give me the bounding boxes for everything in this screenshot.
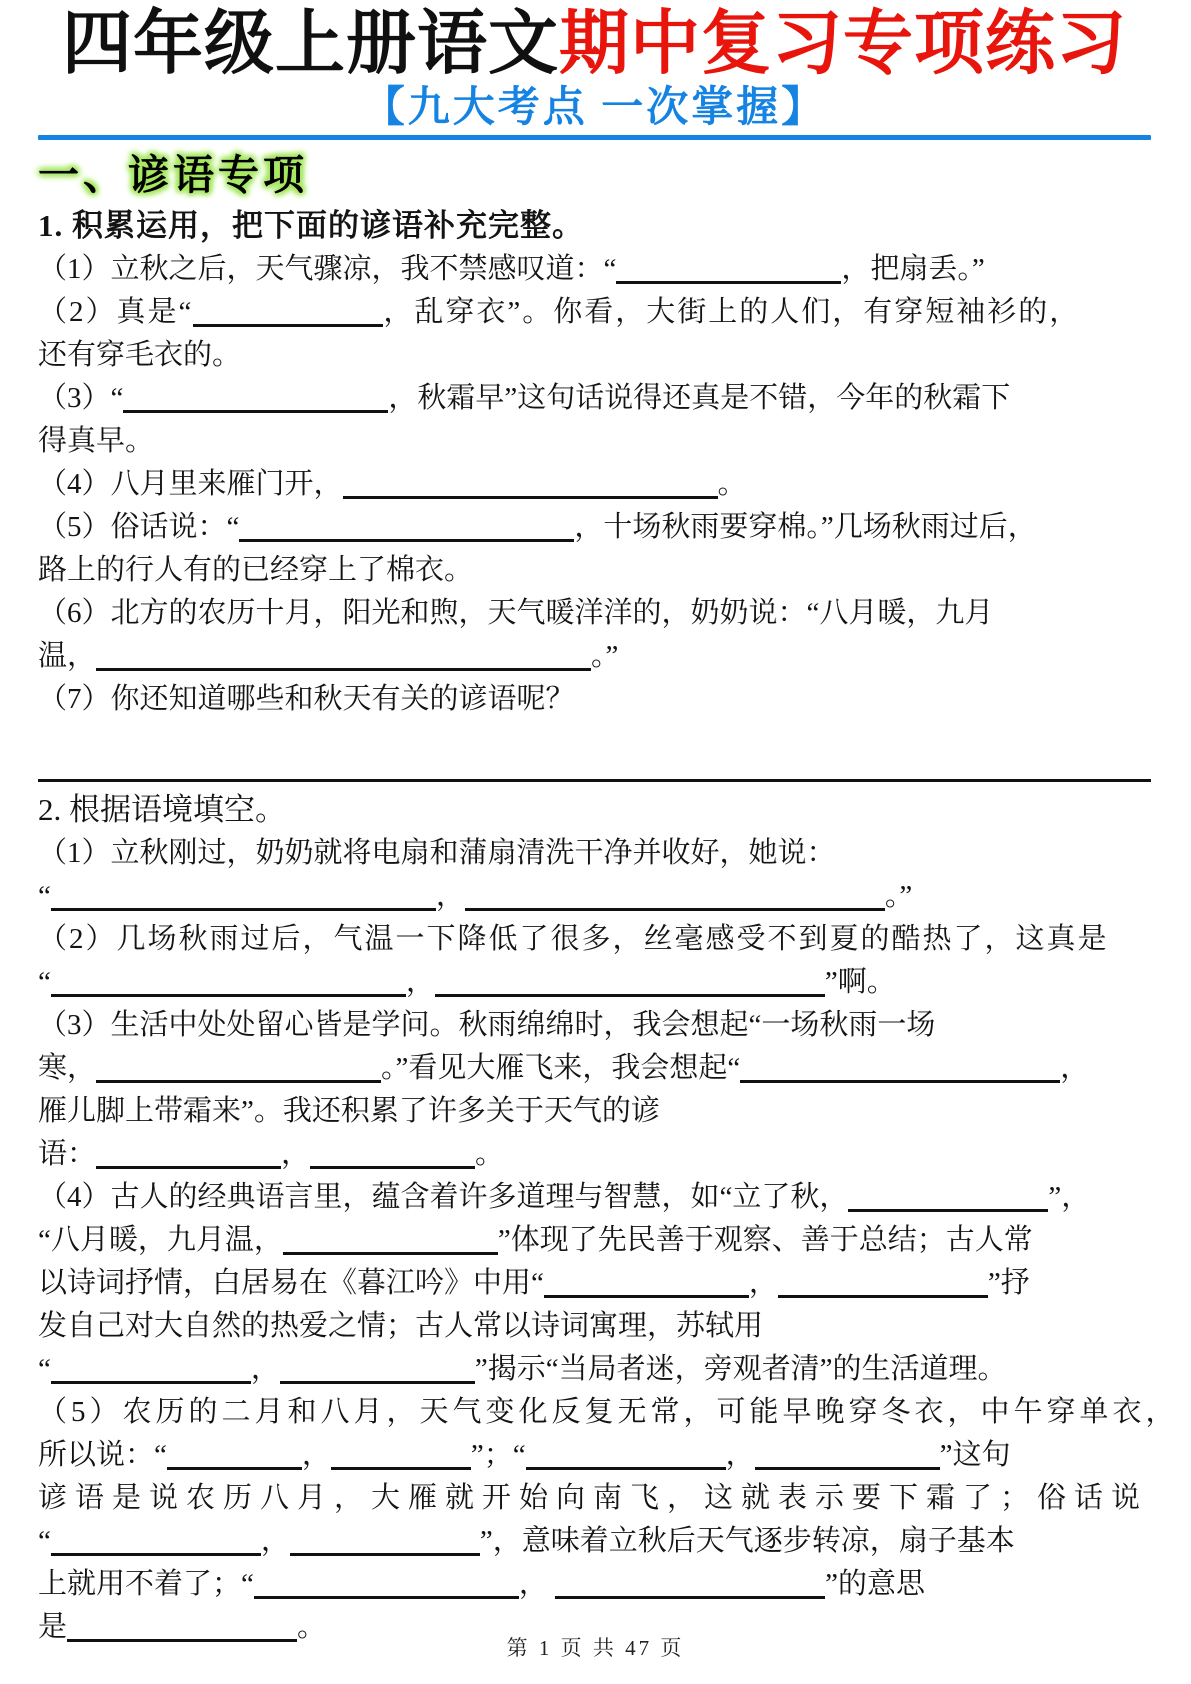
text-segment: 路上的行人有的已经穿上了棉衣。	[38, 554, 473, 586]
worksheet-page: 四年级上册语文期中复习专项练习 【九大考点 一次掌握】 一、谚语专项 1. 积累…	[0, 0, 1191, 1684]
text-segment: 。	[718, 468, 747, 500]
text-segment: （6）北方的农历十月，阳光和煦，天气暖洋洋的，奶奶说：“八月暖，九月	[38, 597, 993, 629]
exercise-line: （7）你还知道哪些和秋天有关的谚语呢？	[38, 678, 1151, 721]
text-segment: ，把扇丢。”	[841, 253, 984, 285]
fill-in-blank	[193, 294, 383, 327]
exercise-line: （2）几场秋雨过后，气温一下降低了很多，丝毫感受不到夏的酷热了，这真是	[38, 918, 1151, 961]
text-segment: （2）几场秋雨过后，气温一下降低了很多，丝毫感受不到夏的酷热了，这真是	[38, 923, 1109, 955]
fill-in-blank	[280, 1351, 475, 1384]
exercise-line: 温，。”	[38, 635, 1151, 678]
text-segment: “八月暖，九月温，	[38, 1224, 283, 1256]
text-segment: “	[38, 1525, 51, 1557]
text-segment: ，	[1060, 1052, 1089, 1084]
text-segment: （1）立秋之后，天气骤凉，我不禁感叹道：“	[38, 253, 616, 285]
exercise-line: （6）北方的农历十月，阳光和煦，天气暖洋洋的，奶奶说：“八月暖，九月	[38, 592, 1151, 635]
exercise-line: “，。”	[38, 875, 1151, 918]
text-segment: 得真早。	[38, 425, 154, 457]
exercise-line: （3）“，秋霜早”这句话说得还真是不错，今年的秋霜下	[38, 377, 1151, 420]
exercise-line: 寒，。”看见大雁飞来，我会想起“，	[38, 1047, 1151, 1090]
text-segment: （7）你还知道哪些和秋天有关的谚语呢？	[38, 683, 575, 715]
text-segment: 上就用不着了；“	[38, 1568, 254, 1600]
fill-in-blank	[544, 1265, 749, 1298]
text-segment: （3）“	[38, 382, 123, 414]
fill-in-blank	[51, 964, 406, 997]
text-segment: （4）古人的经典语言里，蕴含着许多道理与智慧，如“立了秋，	[38, 1181, 848, 1213]
exercise-line: 所以说：“，”；“，”这句	[38, 1434, 1151, 1477]
fill-in-blank	[38, 745, 1151, 782]
text-segment: “	[38, 966, 51, 998]
fill-in-blank	[96, 1050, 381, 1083]
text-segment: 寒，	[38, 1052, 96, 1084]
fill-in-blank	[51, 1523, 261, 1556]
exercise-line: （4）古人的经典语言里，蕴含着许多道理与智慧，如“立了秋，”，	[38, 1176, 1151, 1219]
text-segment: ”，	[1048, 1181, 1090, 1213]
text-segment: （5）俗话说：“	[38, 511, 239, 543]
page-title: 四年级上册语文期中复习专项练习	[38, 6, 1151, 84]
text-segment: 。”	[591, 640, 618, 672]
text-segment: （2）真是“	[38, 296, 193, 328]
text-segment: ”体现了先民善于观察、善于总结；古人常	[498, 1224, 1033, 1256]
exercise-1-title: 1. 积累运用，把下面的谚语补充完整。	[38, 204, 1151, 248]
text-segment: “	[38, 1353, 51, 1385]
text-segment: 。	[475, 1138, 504, 1170]
text-segment: 语：	[38, 1138, 96, 1170]
exercise-line: （5）农历的二月和八月，天气变化反复无常，可能早晚穿冬衣，中午穿单衣，	[38, 1391, 1151, 1434]
text-segment: ，乱穿衣”。你看，大街上的人们，有穿短袖衫的，	[383, 296, 1080, 328]
page-number: 第 1 页 共 47 页	[507, 1636, 685, 1660]
fill-in-blank	[526, 1437, 726, 1470]
exercise-line: “，”啊。	[38, 961, 1151, 1004]
text-segment: ”这句	[940, 1439, 1011, 1471]
fill-in-blank	[331, 1437, 471, 1470]
section-heading: 一、谚语专项	[38, 152, 308, 199]
text-segment: ”；“	[471, 1439, 526, 1471]
text-segment: （1）立秋刚过，奶奶就将电扇和蒲扇清洗干净并收好，她说：	[38, 837, 836, 869]
fill-in-blank	[310, 1136, 475, 1169]
page-footer: 第 1 页 共 47 页	[0, 1632, 1191, 1662]
fill-in-blank	[167, 1437, 302, 1470]
exercise-line: （4）八月里来雁门开，。	[38, 463, 1151, 506]
text-segment: 以诗词抒情，白居易在《暮江吟》中用“	[38, 1267, 544, 1299]
text-segment: ，秋霜早”这句话说得还真是不错，今年的秋霜下	[388, 382, 1010, 414]
exercise-line: 路上的行人有的已经穿上了棉衣。	[38, 549, 1151, 592]
page-title-black-part: 四年级上册语文	[62, 6, 559, 83]
fill-in-blank	[343, 466, 718, 499]
exercise-line: 雁儿脚上带霜来”。我还积累了许多关于天气的谚	[38, 1090, 1151, 1133]
page-header: 四年级上册语文期中复习专项练习 【九大考点 一次掌握】	[38, 6, 1151, 140]
text-segment: ，	[726, 1439, 755, 1471]
fill-in-blank	[740, 1050, 1060, 1083]
fill-in-blank	[51, 878, 436, 911]
exercise-line: 还有穿毛衣的。	[38, 334, 1151, 377]
fill-in-blank	[123, 380, 388, 413]
text-segment: ”抒	[988, 1267, 1030, 1299]
text-segment: ，十场秋雨要穿棉。”几场秋雨过后，	[574, 511, 1036, 543]
fill-in-blank	[283, 1222, 498, 1255]
exercise-line: （1）立秋之后，天气骤凉，我不禁感叹道：“，把扇丢。”	[38, 248, 1151, 291]
exercise-line: （5）俗话说：“，十场秋雨要穿棉。”几场秋雨过后，	[38, 506, 1151, 549]
text-segment: ”揭示“当局者迷，旁观者清”的生活道理。	[475, 1353, 1007, 1385]
text-segment: ”啊。	[825, 966, 896, 998]
text-segment: ，	[302, 1439, 331, 1471]
exercise-1: 1. 积累运用，把下面的谚语补充完整。 （1）立秋之后，天气骤凉，我不禁感叹道：…	[38, 204, 1151, 782]
fill-in-blank	[96, 638, 591, 671]
text-segment: 谚语是说农历八月，大雁就开始向南飞，这就表示要下霜了；俗话说	[38, 1482, 1148, 1514]
text-segment: 。”看见大雁飞来，我会想起“	[381, 1052, 740, 1084]
text-segment: 所以说：“	[38, 1439, 167, 1471]
text-segment: ，	[436, 880, 465, 912]
exercise-line: “，”揭示“当局者迷，旁观者清”的生活道理。	[38, 1348, 1151, 1391]
exercise-line: 谚语是说农历八月，大雁就开始向南飞，这就表示要下霜了；俗话说	[38, 1477, 1151, 1520]
text-segment: ，	[251, 1353, 280, 1385]
text-segment: 。”	[885, 880, 912, 912]
text-segment: ”的意思	[825, 1568, 925, 1600]
fill-in-blank	[239, 509, 574, 542]
exercise-line: （1）立秋刚过，奶奶就将电扇和蒲扇清洗干净并收好，她说：	[38, 832, 1151, 875]
text-segment: ，	[281, 1138, 310, 1170]
text-segment: ，	[749, 1267, 778, 1299]
fill-in-blank	[555, 1566, 825, 1599]
fill-in-blank	[96, 1136, 281, 1169]
text-segment: （3）生活中处处留心皆是学问。秋雨绵绵时，我会想起“一场秋雨一场	[38, 1009, 935, 1041]
exercise-1-body: （1）立秋之后，天气骤凉，我不禁感叹道：“，把扇丢。”（2）真是“，乱穿衣”。你…	[38, 248, 1151, 782]
exercise-2-body: （1）立秋刚过，奶奶就将电扇和蒲扇清洗干净并收好，她说：“，。”（2）几场秋雨过…	[38, 832, 1151, 1649]
fill-in-blank	[51, 1351, 251, 1384]
page-title-red-part: 期中复习专项练习	[559, 6, 1127, 83]
text-segment: ，	[406, 966, 435, 998]
exercise-line	[38, 745, 1151, 782]
exercise-line: “，”，意味着立秋后天气逐步转凉，扇子基本	[38, 1520, 1151, 1563]
exercise-line: 语：，。	[38, 1133, 1151, 1176]
fill-in-blank	[755, 1437, 940, 1470]
fill-in-blank	[848, 1179, 1048, 1212]
text-segment: ”，意味着立秋后天气逐步转凉，扇子基本	[480, 1525, 1015, 1557]
exercise-line: 发自己对大自然的热爱之情；古人常以诗词寓理，苏轼用	[38, 1305, 1151, 1348]
fill-in-blank	[778, 1265, 988, 1298]
exercise-line: 得真早。	[38, 420, 1151, 463]
text-segment: 还有穿毛衣的。	[38, 339, 241, 371]
exercise-line: （3）生活中处处留心皆是学问。秋雨绵绵时，我会想起“一场秋雨一场	[38, 1004, 1151, 1047]
exercise-2-title: 2. 根据语境填空。	[38, 788, 1151, 832]
fill-in-blank	[465, 878, 885, 911]
page-subtitle: 【九大考点 一次掌握】	[38, 86, 1151, 130]
fill-in-blank	[435, 964, 825, 997]
text-segment: 雁儿脚上带霜来”。我还积累了许多关于天气的谚	[38, 1095, 660, 1127]
text-segment: 温，	[38, 640, 96, 672]
text-segment: ，	[261, 1525, 290, 1557]
exercise-line: 以诗词抒情，白居易在《暮江吟》中用“，”抒	[38, 1262, 1151, 1305]
fill-in-blank	[254, 1566, 519, 1599]
text-segment: （4）八月里来雁门开，	[38, 468, 343, 500]
fill-in-blank	[616, 251, 841, 284]
exercise-line: “八月暖，九月温，”体现了先民善于观察、善于总结；古人常	[38, 1219, 1151, 1262]
fill-in-blank	[290, 1523, 480, 1556]
text-segment: （5）农历的二月和八月，天气变化反复无常，可能早晚穿冬衣，中午穿单衣，	[38, 1396, 1179, 1428]
text-segment: ，	[519, 1568, 555, 1600]
exercise-line: 上就用不着了；“， ”的意思	[38, 1563, 1151, 1606]
text-segment: 发自己对大自然的热爱之情；古人常以诗词寓理，苏轼用	[38, 1310, 763, 1342]
exercise-line: （2）真是“，乱穿衣”。你看，大街上的人们，有穿短袖衫的，	[38, 291, 1151, 334]
exercise-2: 2. 根据语境填空。 （1）立秋刚过，奶奶就将电扇和蒲扇清洗干净并收好，她说：“…	[38, 788, 1151, 1649]
text-segment: “	[38, 880, 51, 912]
